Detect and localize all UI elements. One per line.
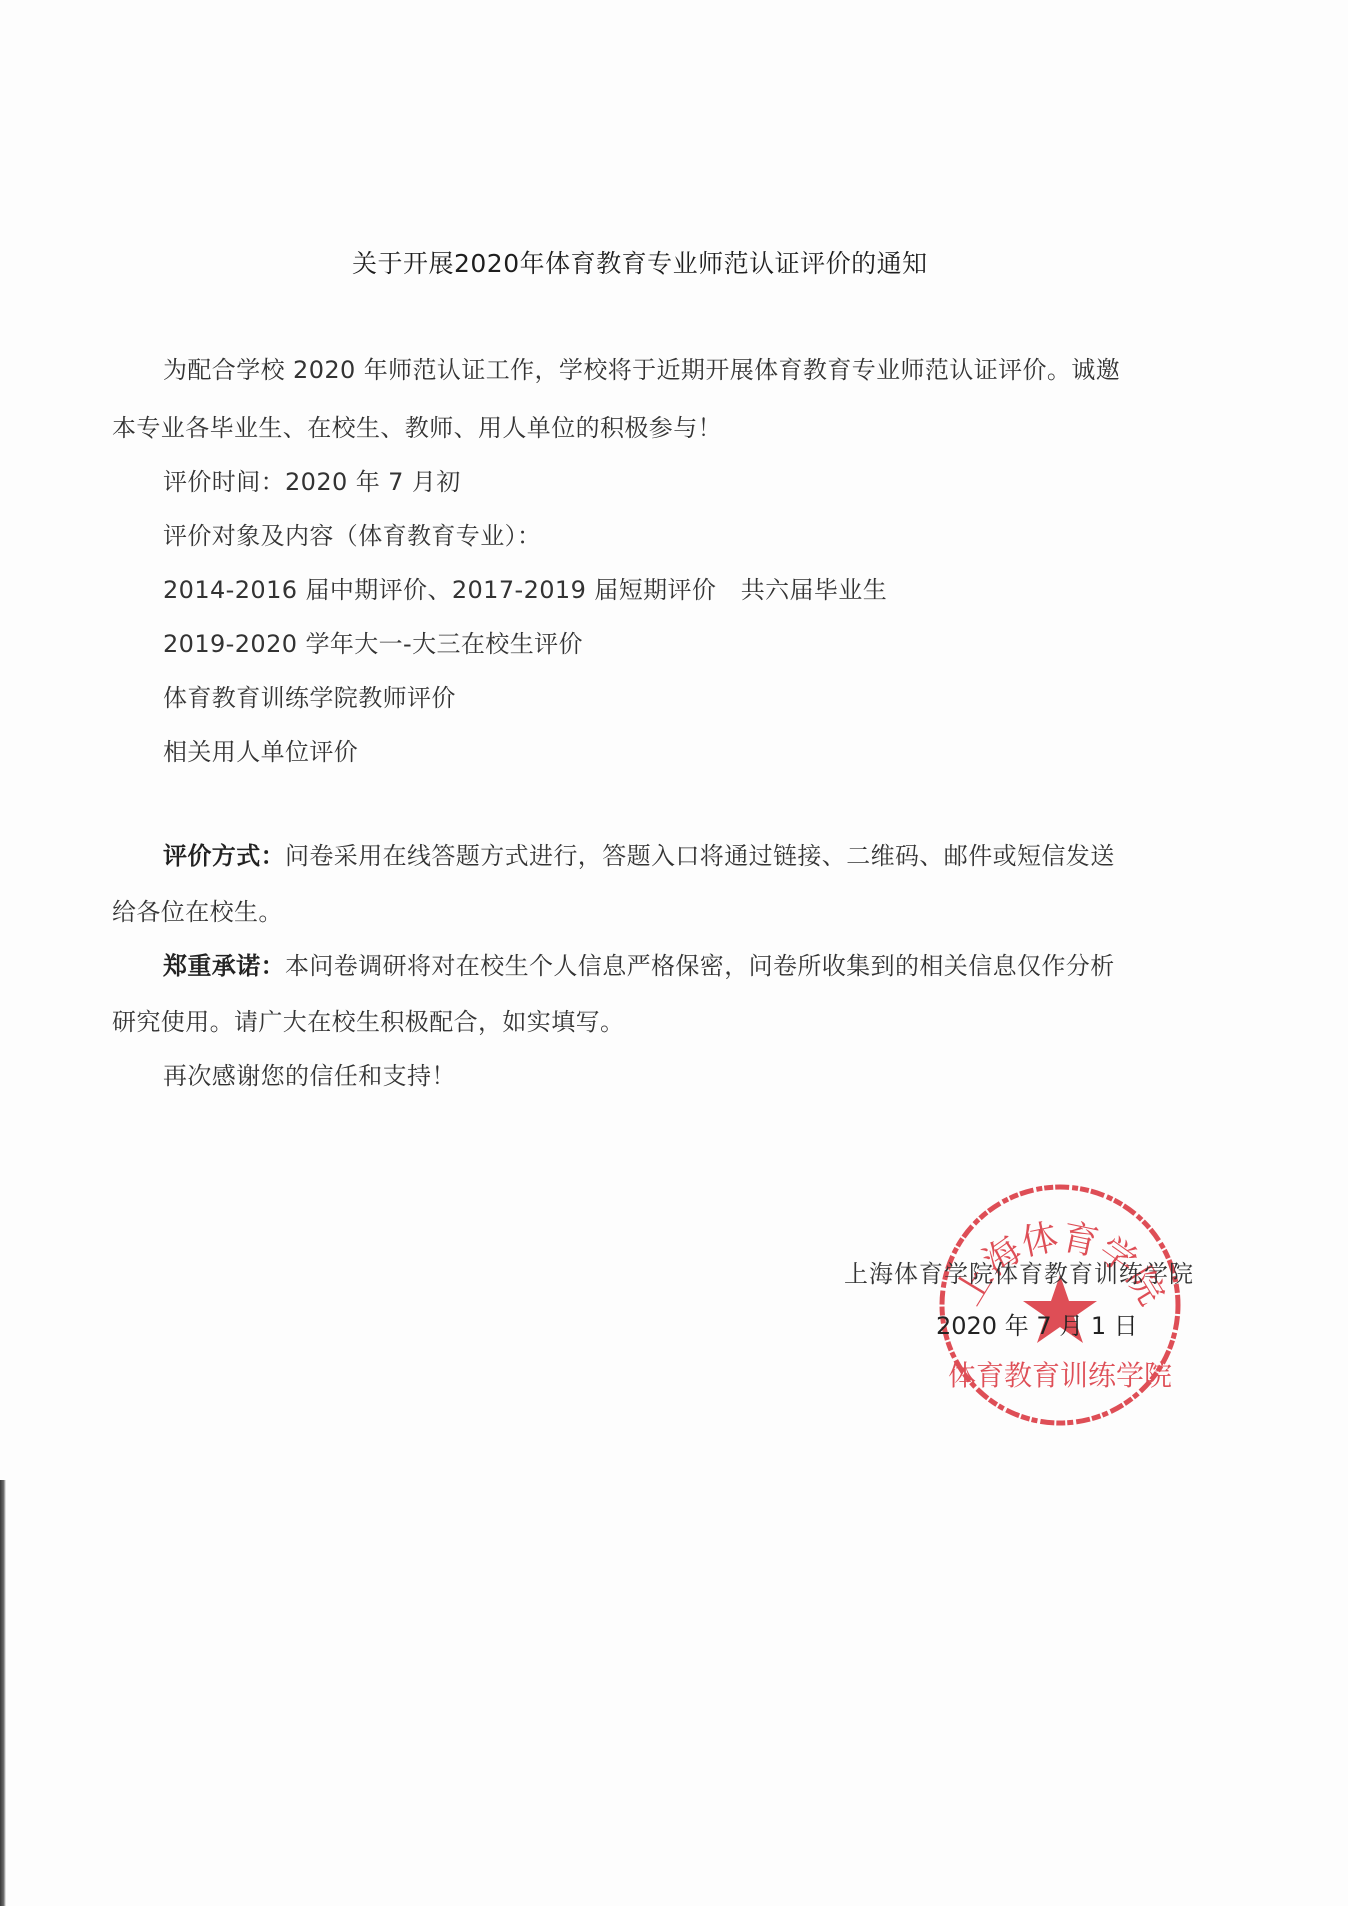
document-title: 关于开展2020年体育教育专业师范认证评价的通知 [352, 244, 928, 280]
official-seal-stamp: 上海体育学院 体育教育训练学院 [935, 1180, 1185, 1430]
intro-paragraph-line1: 为配合学校 2020 年师范认证工作，学校将于近期开展体育教育专业师范认证评价。… [163, 350, 1120, 385]
eval-targets-heading: 评价对象及内容（体育教育专业）： [163, 516, 541, 551]
eval-method-line1: 评价方式：问卷采用在线答题方式进行，答题入口将通过链接、二维码、邮件或短信发送 [163, 836, 1115, 871]
signature-date: 2020 年 7 月 1 日 [936, 1306, 1138, 1341]
seal-bottom-text: 体育教育训练学院 [948, 1359, 1172, 1392]
eval-method-label: 评价方式： [163, 842, 285, 870]
intro-paragraph-line2: 本专业各毕业生、在校生、教师、用人单位的积极参与！ [112, 408, 722, 443]
scanned-document-page: 关于开展2020年体育教育专业师范认证评价的通知 为配合学校 2020 年师范认… [0, 0, 1348, 1906]
eval-method-text: 问卷采用在线答题方式进行，答题入口将通过链接、二维码、邮件或短信发送 [285, 842, 1115, 870]
signature-organization: 上海体育学院体育教育训练学院 [844, 1254, 1194, 1289]
promise-line2: 研究使用。请广大在校生积极配合，如实填写。 [112, 1002, 624, 1037]
scan-edge-shadow [0, 1480, 6, 1906]
promise-label: 郑重承诺： [163, 952, 285, 980]
eval-target-item: 相关用人单位评价 [163, 732, 358, 767]
eval-time: 评价时间：2020 年 7 月初 [163, 462, 461, 497]
eval-target-item: 体育教育训练学院教师评价 [163, 678, 456, 713]
eval-target-item: 2019-2020 学年大一-大三在校生评价 [163, 624, 583, 659]
promise-line1: 郑重承诺：本问卷调研将对在校生个人信息严格保密，问卷所收集到的相关信息仅作分析 [163, 946, 1115, 981]
eval-target-item: 2014-2016 届中期评价、2017-2019 届短期评价 共六届毕业生 [163, 570, 887, 605]
thanks-line: 再次感谢您的信任和支持！ [163, 1056, 456, 1091]
eval-method-line2: 给各位在校生。 [112, 892, 283, 927]
promise-text: 本问卷调研将对在校生个人信息严格保密，问卷所收集到的相关信息仅作分析 [285, 952, 1115, 980]
